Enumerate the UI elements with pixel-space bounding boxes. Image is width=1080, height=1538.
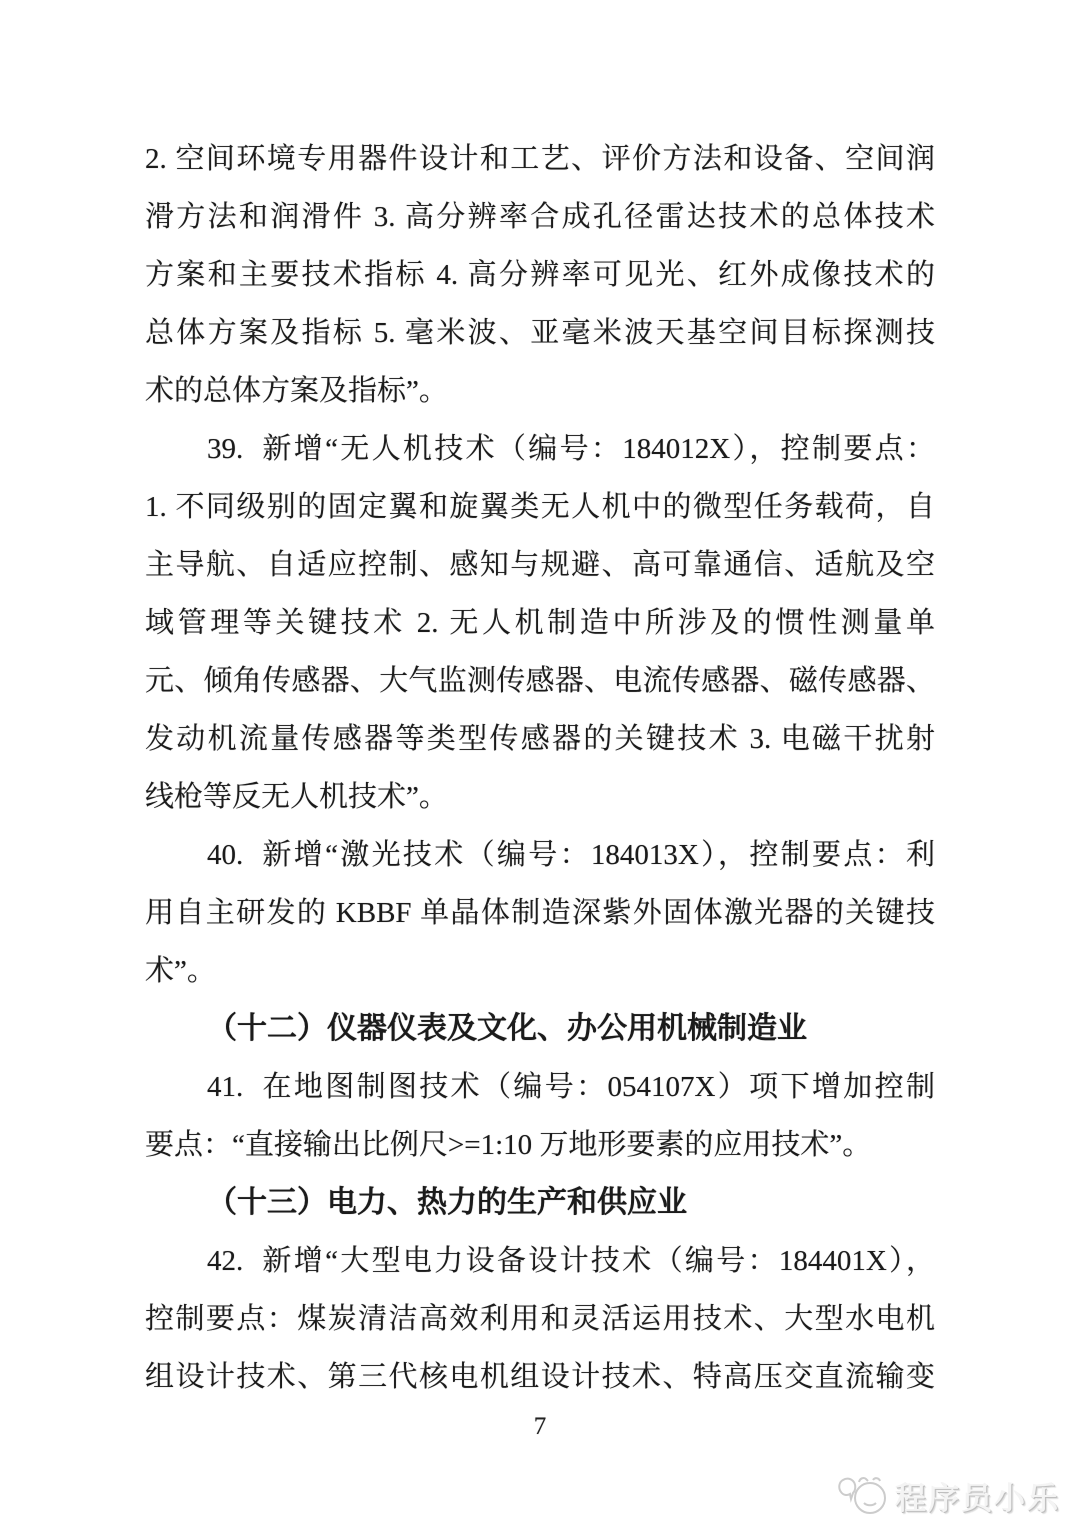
text-line: 1. 不同级别的固定翼和旋翼类无人机中的微型任务载荷，自 — [145, 478, 935, 536]
text-line-item-39: 39. 新增“无人机技术（编号：184012X），控制要点： — [145, 420, 935, 478]
mascot-ear-left — [859, 1478, 868, 1482]
mascot-logo-icon — [837, 1472, 889, 1518]
text-line: 2. 空间环境专用器件设计和工艺、评价方法和设备、空间润 — [145, 130, 935, 188]
speech-bubble-shape — [839, 1479, 855, 1499]
watermark-text: 程序员小乐 — [895, 1473, 1060, 1518]
text-line: 控制要点：煤炭清洁高效利用和灵活运用技术、大型水电机 — [145, 1290, 935, 1348]
watermark: 程序员小乐 — [837, 1472, 1060, 1518]
document-page: 2. 空间环境专用器件设计和工艺、评价方法和设备、空间润 滑方法和润滑件 3. … — [0, 0, 1080, 1538]
text-line: 主导航、自适应控制、感知与规避、高可靠通信、适航及空 — [145, 536, 935, 594]
text-line: 组设计技术、第三代核电机组设计技术、特高压交直流输变 — [145, 1348, 935, 1406]
body-text: 2. 空间环境专用器件设计和工艺、评价方法和设备、空间润 滑方法和润滑件 3. … — [145, 130, 935, 1406]
text-line: 术的总体方案及指标”。 — [145, 362, 935, 420]
text-line: 发动机流量传感器等类型传感器的关键技术 3. 电磁干扰射 — [145, 710, 935, 768]
text-line: 方案和主要技术指标 4. 高分辨率可见光、红外成像技术的 — [145, 246, 935, 304]
mascot-ear-right — [873, 1478, 880, 1481]
page-number: 7 — [145, 1410, 935, 1444]
text-line: 术”。 — [145, 942, 935, 1000]
text-line-item-42: 42. 新增“大型电力设备设计技术（编号：184401X）， — [145, 1232, 935, 1290]
section-heading-12: （十二）仪器仪表及文化、办公用机械制造业 — [145, 1000, 935, 1058]
text-line: 滑方法和润滑件 3. 高分辨率合成孔径雷达技术的总体技术 — [145, 188, 935, 246]
section-heading-13: （十三）电力、热力的生产和供应业 — [145, 1174, 935, 1232]
text-line-item-41: 41. 在地图制图技术（编号：054107X）项下增加控制 — [145, 1058, 935, 1116]
text-line: 用自主研发的 KBBF 单晶体制造深紫外固体激光器的关键技 — [145, 884, 935, 942]
text-line-item-40: 40. 新增“激光技术（编号：184013X），控制要点：利 — [145, 826, 935, 884]
text-line: 总体方案及指标 5. 毫米波、亚毫米波天基空间目标探测技 — [145, 304, 935, 362]
text-line: 要点：“直接输出比例尺>=1:10 万地形要素的应用技术”。 — [145, 1116, 935, 1174]
text-line: 域管理等关键技术 2. 无人机制造中所涉及的惯性测量单 — [145, 594, 935, 652]
text-line: 线枪等反无人机技术”。 — [145, 768, 935, 826]
text-line: 元、倾角传感器、大气监测传感器、电流传感器、磁传感器、 — [145, 652, 935, 710]
mascot-face — [855, 1483, 885, 1513]
